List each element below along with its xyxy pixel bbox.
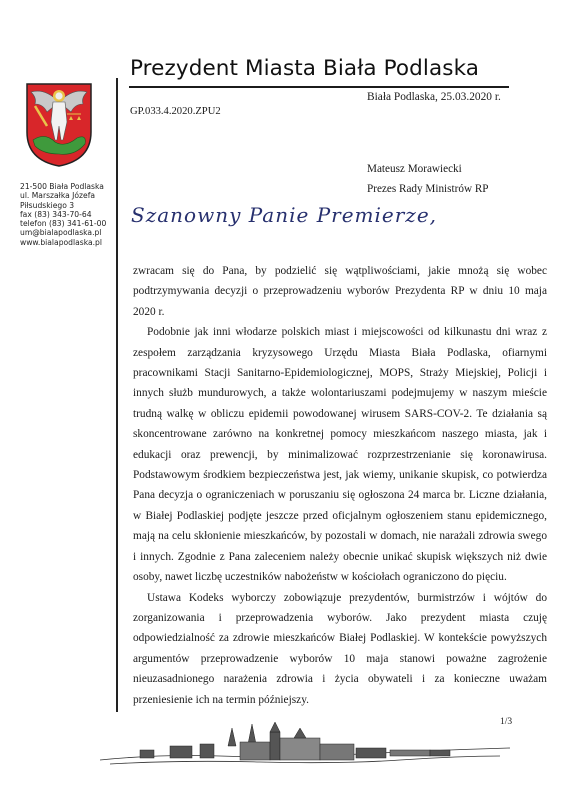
handwritten-salutation: Szanowny Panie Premierze, (131, 203, 437, 227)
city-skyline-icon (100, 720, 510, 772)
sender-address: 21-500 Biała Podlaska ul. Marszałka Józe… (20, 182, 106, 247)
margin-divider-line (116, 78, 118, 712)
email-address: um@bialapodlaska.pl (20, 228, 106, 237)
recipient-title: Prezes Rady Ministrów RP (367, 179, 489, 199)
reference-number: GP.033.4.2020.ZPU2 (130, 106, 221, 117)
address-line: 21-500 Biała Podlaska (20, 182, 106, 191)
recipient-block: Mateusz Morawiecki Prezes Rady Ministrów… (367, 159, 489, 199)
address-line: ul. Marszałka Józefa (20, 191, 106, 200)
paragraph: Podobnie jak inni włodarze polskich mias… (133, 322, 547, 587)
phone-number: telefon (83) 341-61-00 (20, 219, 106, 228)
paragraph: zwracam się do Pana, by podzielić się wą… (133, 261, 547, 322)
place-date: Biała Podlaska, 25.03.2020 r. (367, 91, 501, 103)
website: www.bialapodlaska.pl (20, 238, 106, 247)
paragraph: Ustawa Kodeks wyborczy zobowiązuje prezy… (133, 588, 547, 710)
recipient-name: Mateusz Morawiecki (367, 159, 489, 179)
address-line: Piłsudskiego 3 (20, 201, 106, 210)
header-rule (129, 86, 509, 88)
letter-body: zwracam się do Pana, by podzielić się wą… (133, 261, 547, 710)
fax-number: fax (83) 343-70-64 (20, 210, 106, 219)
coat-of-arms-icon (25, 82, 93, 168)
letterhead-title: Prezydent Miasta Biała Podlaska (130, 56, 479, 81)
